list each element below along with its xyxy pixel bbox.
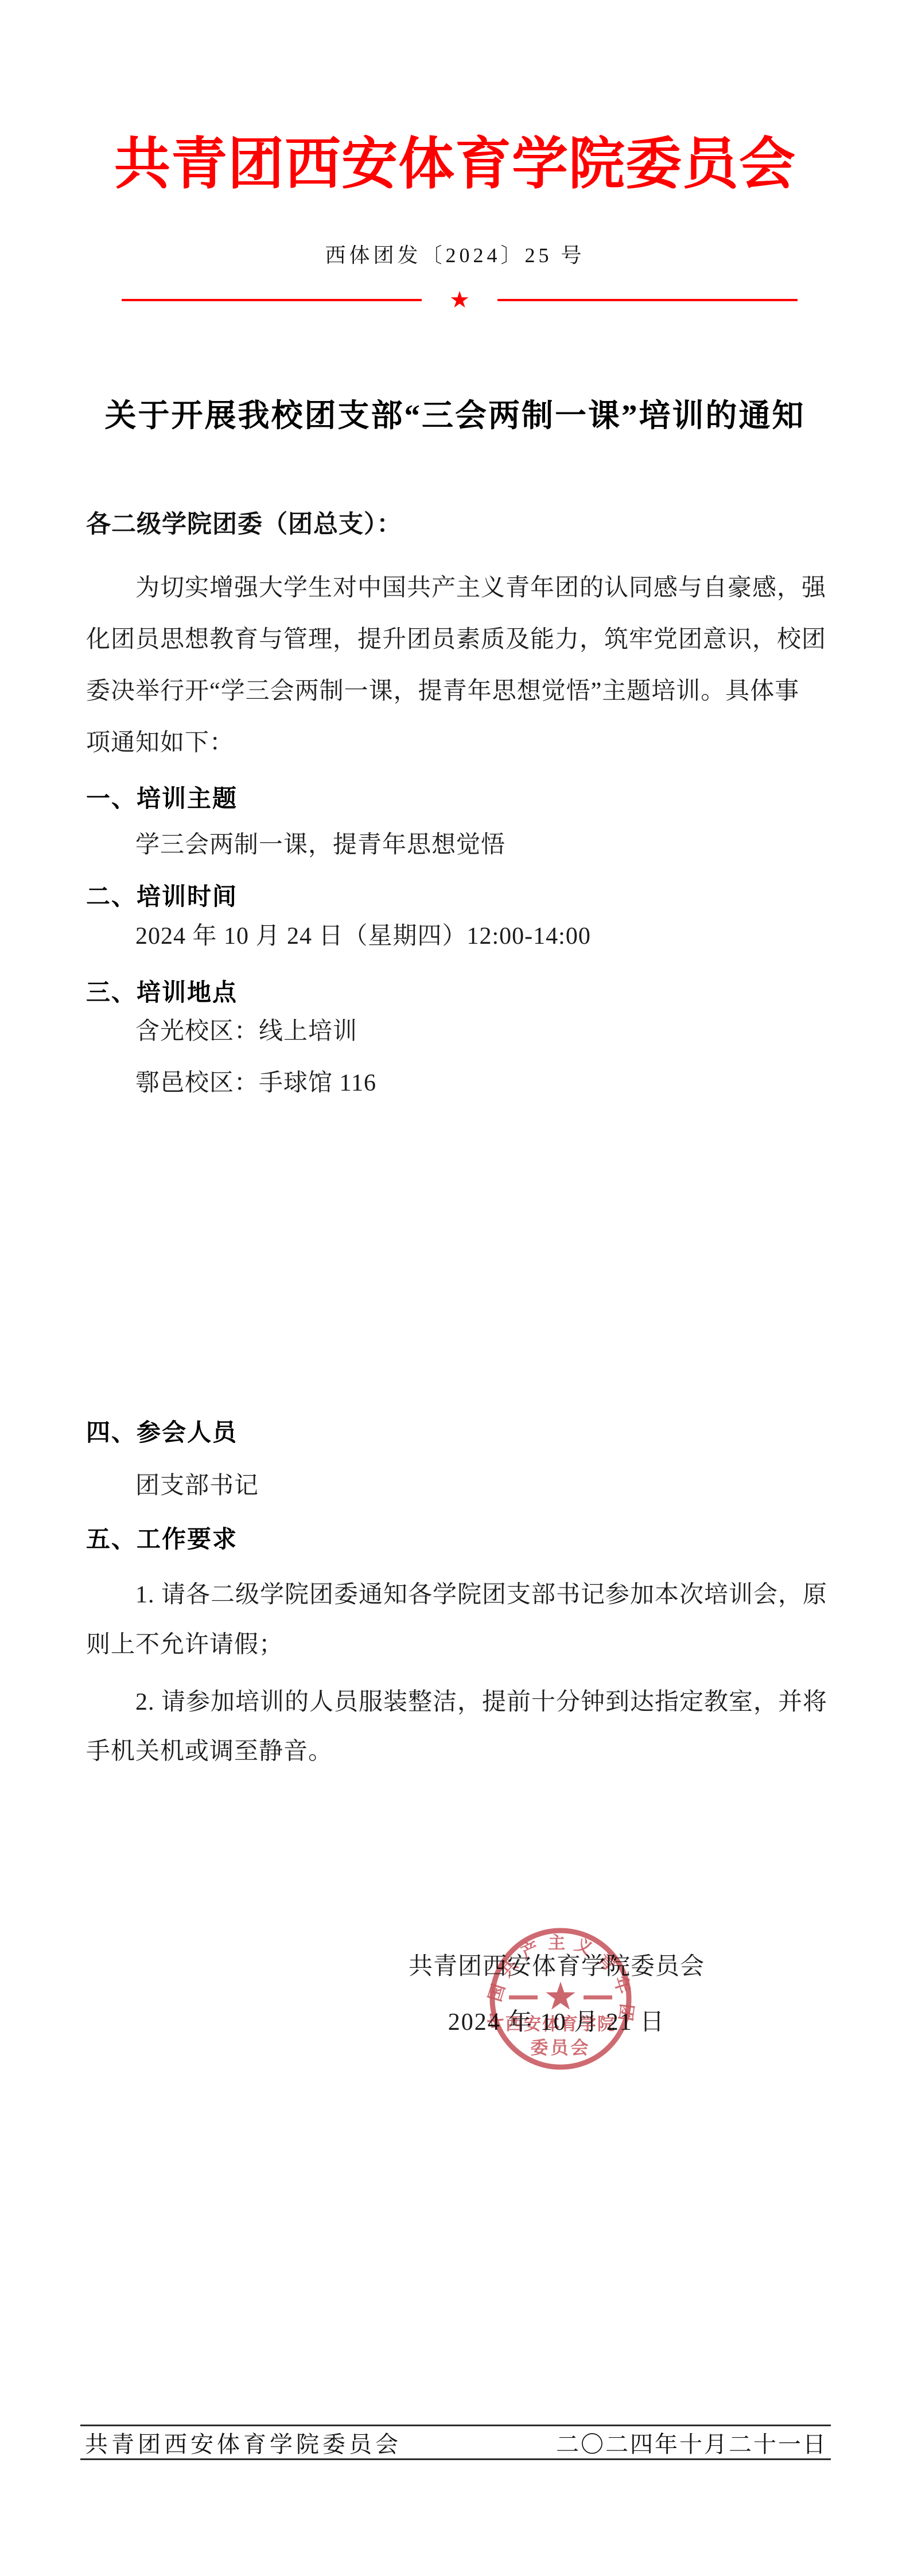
- requirement-line: 手机关机或调至静音。: [86, 1734, 333, 1769]
- footer-print-date: 二〇二四年十月二十一日: [556, 2426, 827, 2459]
- footer: 共青团西安体育学院委员会 二〇二四年十月二十一日: [80, 2425, 831, 2460]
- official-seal: 中国共产主义青年团 西安体育学院 委员会: [486, 1924, 635, 2073]
- separator-line-left: [122, 299, 422, 301]
- section-heading-time: 二、培训时间: [86, 880, 238, 914]
- seal-star-icon: [546, 1982, 575, 2010]
- star-icon: ★: [449, 287, 470, 313]
- section-heading-attendees: 四、参会人员: [86, 1415, 238, 1450]
- seal-dash-left: [509, 1995, 538, 1999]
- section-line: 团支部书记: [86, 1469, 259, 1503]
- requirement-line: 1. 请各二级学院团委通知各学院团支部书记参加本次培训会，原: [86, 1578, 827, 1612]
- document-title: 关于开展我校团支部“三会两制一课”培训的通知: [0, 399, 910, 433]
- intro-line: 化团员思想教育与管理，提升团员素质及能力，筑牢党团意识，校团: [86, 622, 826, 657]
- section-line: 鄠邑校区：手球馆 116: [86, 1066, 376, 1100]
- intro-line: 项通知如下：: [86, 726, 234, 760]
- official-notice-document: { "header": { "org_title": "共青团西安体育学院委员会…: [0, 0, 910, 2576]
- salutation: 各二级学院团委（团总支）：: [86, 511, 402, 539]
- footer-issuer: 共青团西安体育学院委员会: [85, 2426, 402, 2459]
- seal-school-text: 西安体育学院: [505, 2014, 616, 2034]
- seal-committee-text: 委员会: [531, 2038, 591, 2058]
- seal-dash-right: [584, 1995, 612, 1999]
- requirement-line: 则上不允许请假；: [86, 1628, 283, 1662]
- section-heading-requirements: 五、工作要求: [86, 1522, 238, 1557]
- section-line: 含光校区：线上培训: [86, 1014, 357, 1049]
- section-line: 学三会两制一课，提青年思想觉悟: [86, 828, 505, 862]
- section-heading-location: 三、培训地点: [86, 975, 238, 1010]
- separator-line-right: [497, 299, 798, 301]
- intro-line: 为切实增强大学生对中国共产主义青年团的认同感与自豪感，强: [86, 571, 826, 605]
- letterhead-org-title: 共青团西安体育学院委员会: [0, 122, 910, 208]
- doc-number: 西体团发〔2024〕25 号: [0, 241, 910, 270]
- section-line: 2024 年 10 月 24 日（星期四）12:00-14:00: [86, 919, 591, 954]
- section-heading-topic: 一、培训主题: [86, 781, 238, 816]
- red-separator: ★: [122, 287, 798, 313]
- requirement-line: 2. 请参加培训的人员服装整洁，提前十分钟到达指定教室，并将: [86, 1685, 827, 1719]
- intro-line: 委决举行开“学三会两制一课，提青年思想觉悟”主题培训。具体事: [86, 674, 799, 709]
- footer-row: 共青团西安体育学院委员会 二〇二四年十月二十一日: [80, 2426, 831, 2458]
